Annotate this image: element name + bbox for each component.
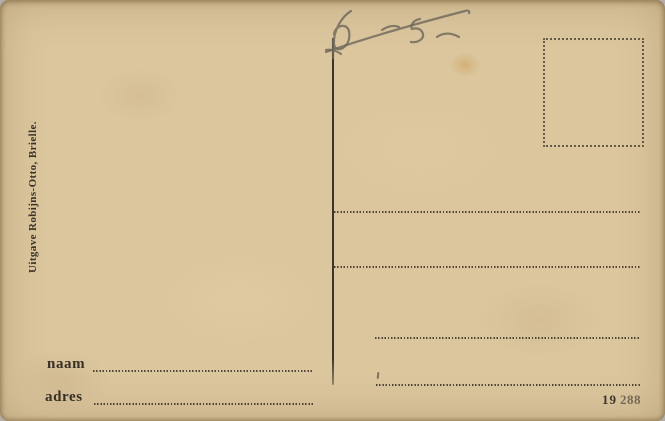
name-label: naam bbox=[47, 356, 85, 373]
address-label: adres bbox=[45, 389, 83, 406]
serial-number-second: 288 bbox=[620, 392, 641, 407]
pencil-tick-mark bbox=[377, 372, 380, 379]
publisher-imprint: Uitgave Robijns-Otto, Brielle. bbox=[27, 121, 39, 273]
postcard-back: Uitgave Robijns-Otto, Brielle. naam adre… bbox=[0, 0, 665, 421]
address-dotted-line-4 bbox=[376, 384, 641, 386]
serial-number-first: 19 bbox=[602, 392, 617, 407]
address-dotted-line-2 bbox=[334, 266, 641, 268]
name-dotted-line bbox=[93, 370, 312, 372]
serial-number: 19288 bbox=[602, 392, 641, 408]
address-dotted-line bbox=[94, 403, 315, 405]
address-dotted-line-1 bbox=[334, 211, 641, 213]
stamp-box bbox=[543, 38, 644, 147]
address-dotted-line-3 bbox=[375, 337, 640, 339]
